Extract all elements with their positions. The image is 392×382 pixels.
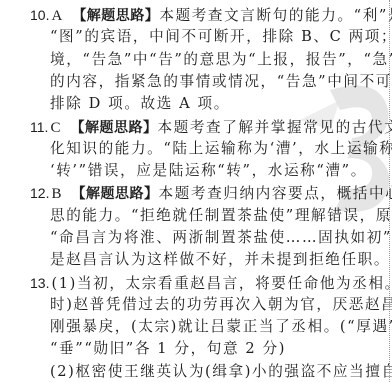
question-number: 13. bbox=[30, 275, 49, 291]
q13-line-5: (2)枢密使王继英认为(缉拿)小的强盗不应当擅自提 bbox=[50, 361, 392, 382]
answer-key-page: 10.A【解题思路】本题考查文言断句的能力。“利”是 “图”的宾语，中间不可断开… bbox=[0, 0, 392, 382]
solution-tag: 【解题思路】 bbox=[70, 120, 157, 136]
answer-text: 本题考查了解并掌握常见的古代文 bbox=[157, 119, 392, 136]
q12-line-3: “命昌言为将淮、两浙制置茶盐使……固执如初”说的 bbox=[50, 227, 392, 249]
q11-line-2: 化知识的能力。“陆上运输称为‘漕’，水上运输称为 bbox=[50, 138, 392, 160]
solution-tag: 【解题思路】 bbox=[71, 186, 158, 202]
q10-line-1: 10.A【解题思路】本题考查文言断句的能力。“利”是 bbox=[30, 4, 392, 26]
q12-line-2: 思的能力。“拒绝就任制置茶盐使”理解错误，原文 bbox=[50, 205, 392, 227]
question-answer: C bbox=[50, 120, 60, 136]
question-answer: B bbox=[51, 186, 61, 202]
q10-line-5: 排除 D 项。故选 A 项。 bbox=[50, 93, 230, 115]
question-answer: A bbox=[51, 8, 62, 24]
q10-line-4: 的内容，指紧急的事情或情况，“告急”中间不可断开， bbox=[50, 71, 392, 93]
q13-line-3: 刚强暴戾，(太宗)就让吕蒙正当了丞相。(“厚遇” bbox=[50, 316, 392, 338]
solution-tag: 【解题思路】 bbox=[72, 8, 159, 24]
q13-line-1: 13.(1)当初，太宗看重赵昌言，将要任命他为丞相。(此 bbox=[30, 272, 392, 294]
answer-text: (1)当初，太宗看重赵昌言，将要任命他为丞相。(此 bbox=[51, 275, 392, 292]
answer-text: 本题考查归纳内容要点，概括中心意 bbox=[158, 185, 392, 202]
q11-line-3: ‘转’”错误，应是陆运称“转”，水运称“漕”。 bbox=[50, 160, 367, 182]
q10-line-3: 境，“告急”中“告”的意思为“上报，报告”，“急”为“告” bbox=[50, 49, 392, 71]
question-number: 12. bbox=[30, 185, 49, 201]
q11-line-1: 11.C【解题思路】本题考查了解并掌握常见的古代文 bbox=[30, 116, 392, 138]
q12-line-4: 是赵昌言认为这样做不好，并未提到拒绝任职。 bbox=[50, 249, 390, 271]
question-number: 11. bbox=[30, 119, 48, 135]
q12-line-1: 12.B【解题思路】本题考查归纳内容要点，概括中心意 bbox=[30, 182, 392, 204]
q13-line-2: 时)赵普凭借过去的功劳再次入朝为官，厌恶赵昌言 bbox=[50, 294, 392, 316]
q13-line-4: “垂”“勋旧”各 1 分，句意 2 分) bbox=[50, 338, 286, 360]
question-number: 10. bbox=[30, 7, 49, 23]
answer-text: 本题考查文言断句的能力。“利”是 bbox=[159, 7, 392, 24]
q10-line-2: “图”的宾语，中间不可断开，排除 B、C 两项；结合语 bbox=[50, 26, 392, 48]
